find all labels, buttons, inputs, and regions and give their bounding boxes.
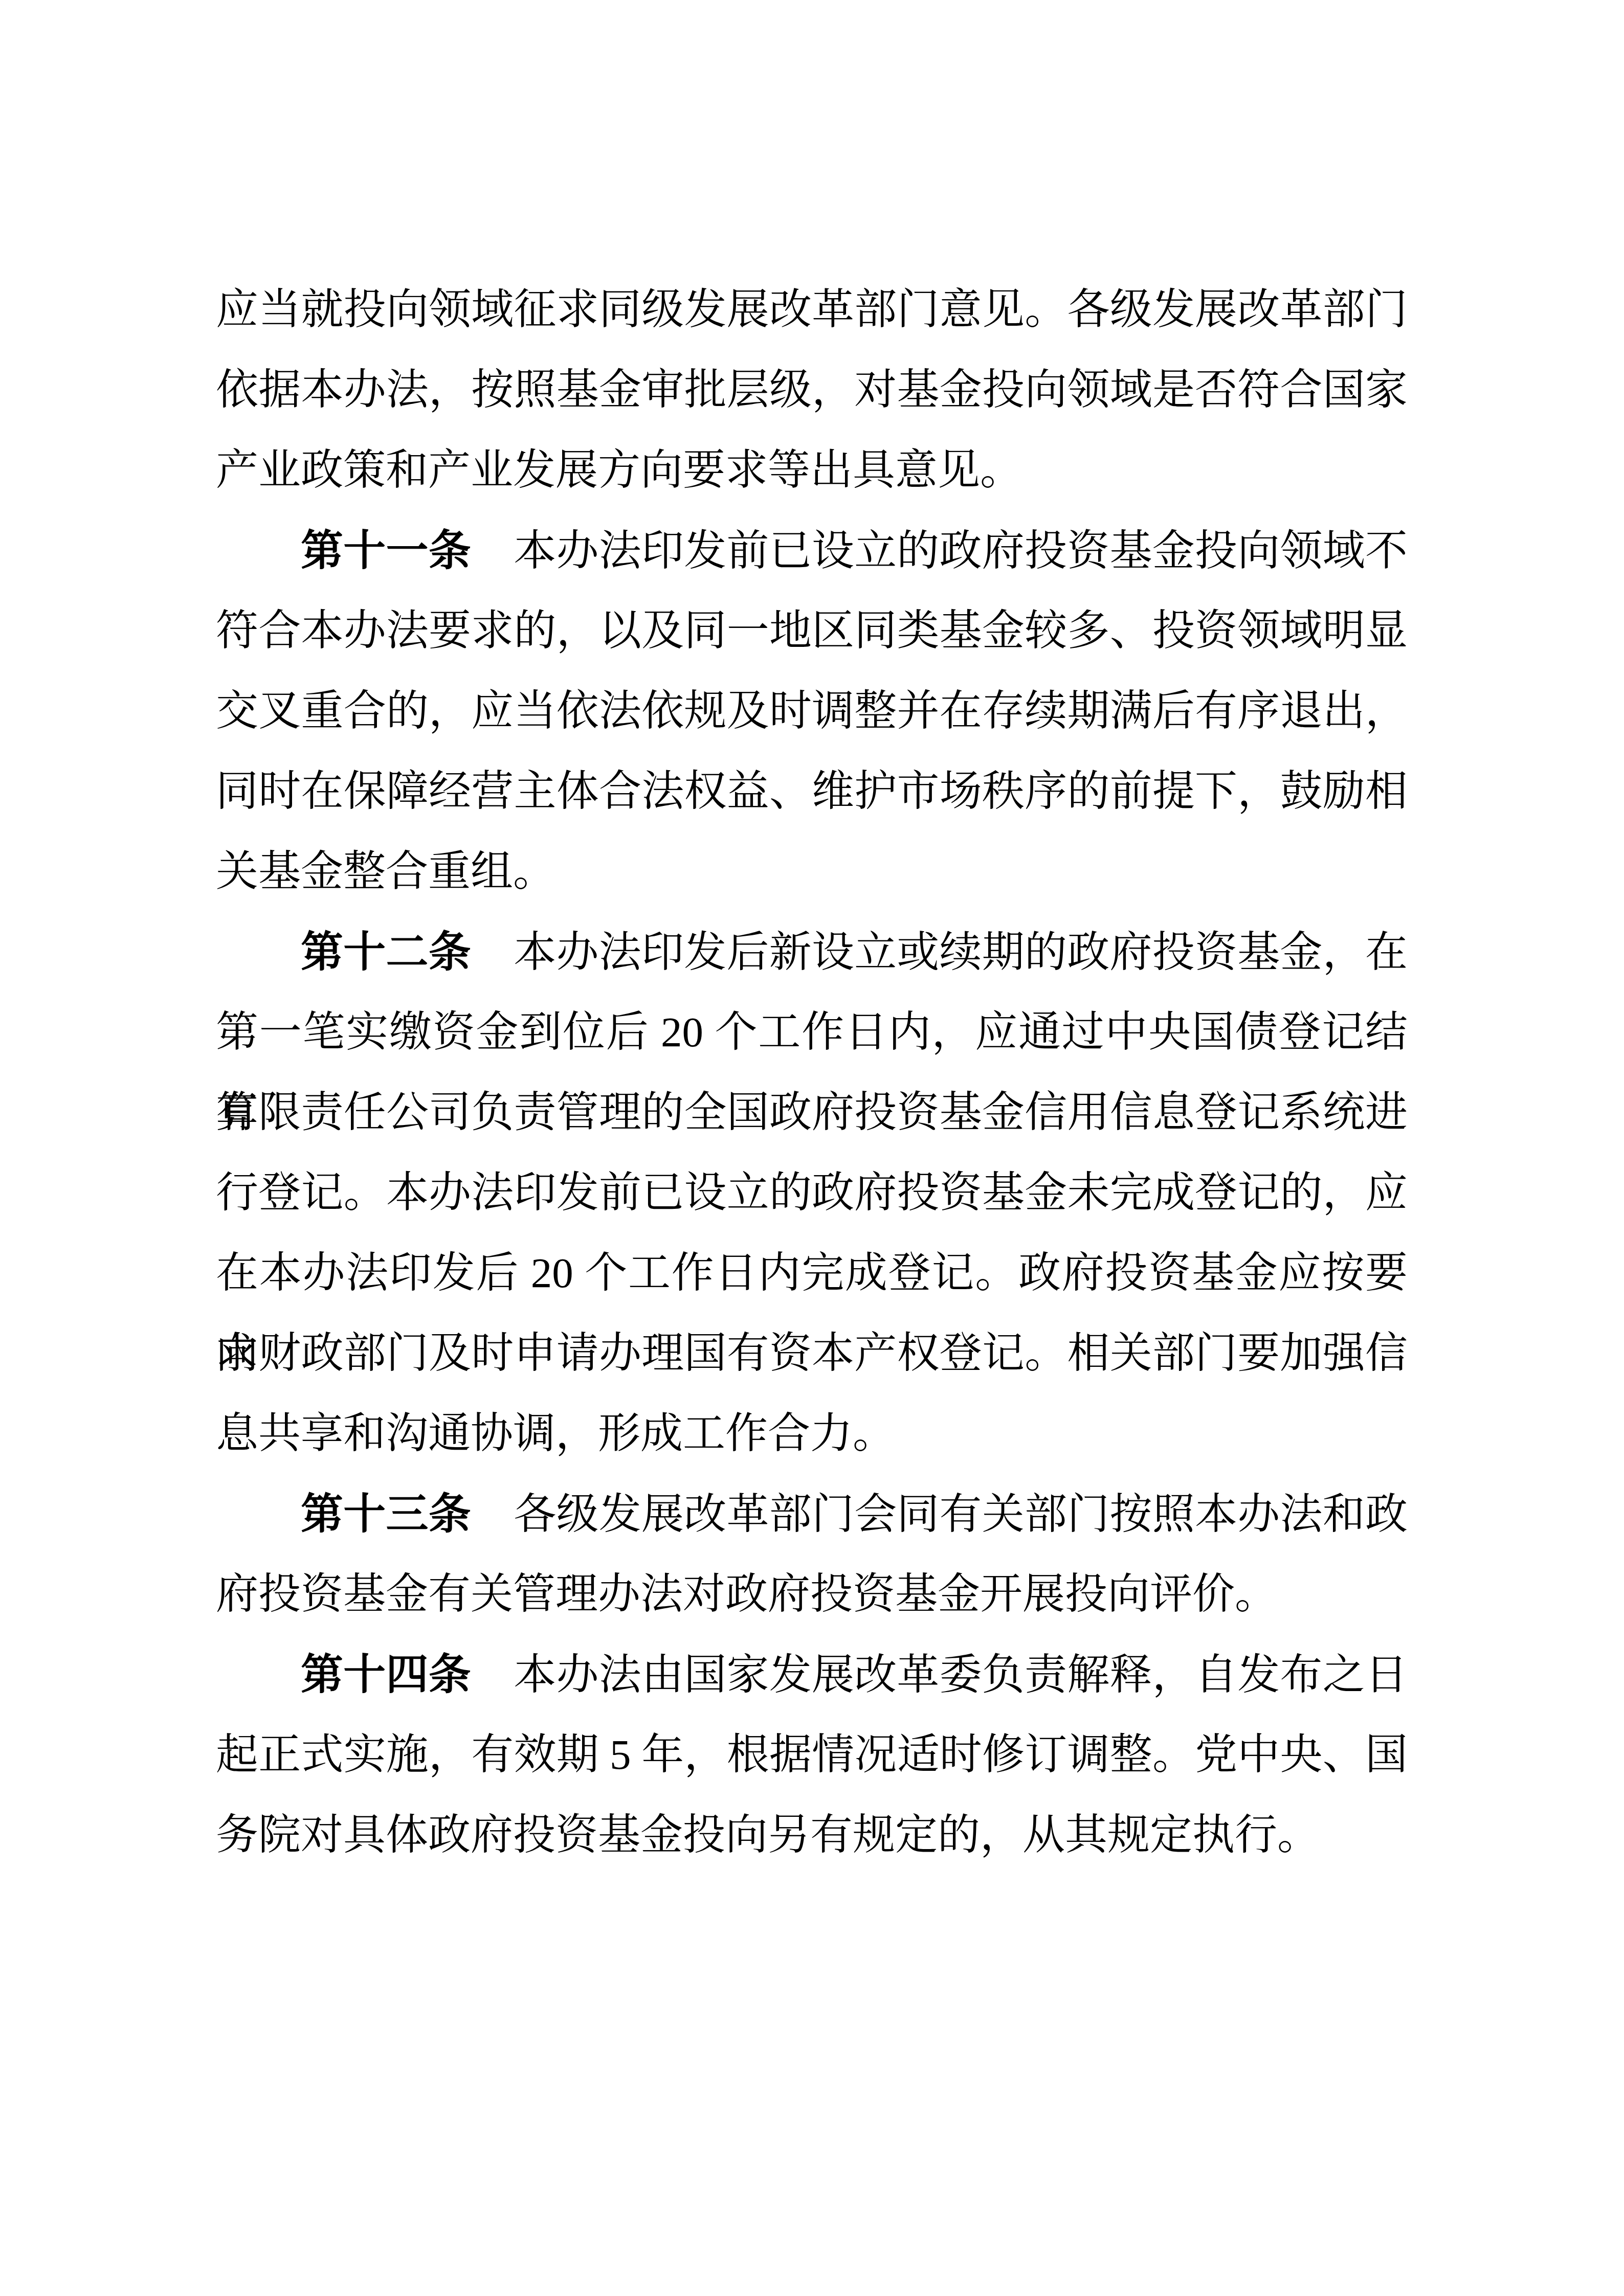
document-line: 第一笔实缴资金到位后 20 个工作日内，应通过中央国债登记结算 [216, 992, 1408, 1072]
line-text: 产业政策和产业发展方向要求等出具意见。 [216, 446, 1022, 493]
line-text: 符合本办法要求的，以及同一地区同类基金较多、投资领域明显 [216, 607, 1408, 654]
line-text: 依据本办法，按照基金审批层级，对基金投向领域是否符合国家 [216, 366, 1408, 413]
article-number-heading: 第十二条 [301, 928, 471, 976]
line-text: 向财政部门及时申请办理国有资本产权登记。相关部门要加强信 [216, 1330, 1408, 1377]
document-line: 息共享和沟通协调，形成工作合力。 [216, 1393, 1408, 1474]
line-text: 本办法印发后新设立或续期的政府投资基金，在 [471, 929, 1408, 976]
line-text: 务院对具体政府投资基金投向另有规定的，从其规定执行。 [216, 1811, 1320, 1858]
line-text: 本办法印发前已设立的政府投资基金投向领域不 [471, 527, 1408, 574]
line-text: 行登记。本办法印发前已设立的政府投资基金未完成登记的，应 [216, 1169, 1408, 1216]
line-text: 关基金整合重组。 [216, 848, 555, 895]
document-line: 务院对具体政府投资基金投向另有规定的，从其规定执行。 [216, 1795, 1408, 1875]
document-line: 符合本办法要求的，以及同一地区同类基金较多、投资领域明显 [216, 591, 1408, 671]
document-line-article-11: 第十一条 本办法印发前已设立的政府投资基金投向领域不 [216, 510, 1408, 591]
document-page: 应当就投向领域征求同级发展改革部门意见。各级发展改革部门 依据本办法，按照基金审… [0, 0, 1624, 2296]
document-line: 在本办法印发后 20 个工作日内完成登记。政府投资基金应按要求 [216, 1233, 1408, 1313]
document-line: 应当就投向领域征求同级发展改革部门意见。各级发展改革部门 [216, 269, 1408, 350]
line-text: 起正式实施，有效期 5 年，根据情况适时修订调整。党中央、国 [216, 1731, 1408, 1778]
document-line: 行登记。本办法印发前已设立的政府投资基金未完成登记的，应 [216, 1153, 1408, 1233]
line-text: 有限责任公司负责管理的全国政府投资基金信用信息登记系统进 [216, 1089, 1408, 1136]
document-line: 产业政策和产业发展方向要求等出具意见。 [216, 430, 1408, 510]
document-line-article-13: 第十三条 各级发展改革部门会同有关部门按照本办法和政 [216, 1474, 1408, 1554]
line-text: 同时在保障经营主体合法权益、维护市场秩序的前提下，鼓励相 [216, 768, 1408, 815]
document-line: 府投资基金有关管理办法对政府投资基金开展投向评价。 [216, 1554, 1408, 1634]
document-line: 依据本办法，按照基金审批层级，对基金投向领域是否符合国家 [216, 350, 1408, 430]
article-number-heading: 第十一条 [301, 527, 471, 574]
document-line: 有限责任公司负责管理的全国政府投资基金信用信息登记系统进 [216, 1072, 1408, 1153]
document-line: 交叉重合的，应当依法依规及时调整并在存续期满后有序退出， [216, 671, 1408, 751]
line-text: 息共享和沟通协调，形成工作合力。 [216, 1410, 895, 1457]
document-body: 应当就投向领域征求同级发展改革部门意见。各级发展改革部门 依据本办法，按照基金审… [216, 269, 1408, 1875]
document-line-article-12: 第十二条 本办法印发后新设立或续期的政府投资基金，在 [216, 912, 1408, 992]
line-text: 府投资基金有关管理办法对政府投资基金开展投向评价。 [216, 1570, 1277, 1617]
document-line: 同时在保障经营主体合法权益、维护市场秩序的前提下，鼓励相 [216, 751, 1408, 831]
line-text: 交叉重合的，应当依法依规及时调整并在存续期满后有序退出， [216, 687, 1408, 734]
line-text: 应当就投向领域征求同级发展改革部门意见。各级发展改革部门 [216, 286, 1408, 333]
document-line-article-14: 第十四条 本办法由国家发展改革委负责解释，自发布之日 [216, 1634, 1408, 1715]
document-line: 向财政部门及时申请办理国有资本产权登记。相关部门要加强信 [216, 1313, 1408, 1393]
article-number-heading: 第十三条 [301, 1490, 471, 1538]
line-text: 各级发展改革部门会同有关部门按照本办法和政 [471, 1491, 1408, 1538]
document-line: 起正式实施，有效期 5 年，根据情况适时修订调整。党中央、国 [216, 1715, 1408, 1795]
document-line: 关基金整合重组。 [216, 831, 1408, 912]
line-text: 本办法由国家发展改革委负责解释，自发布之日 [471, 1651, 1408, 1698]
article-number-heading: 第十四条 [301, 1651, 471, 1698]
